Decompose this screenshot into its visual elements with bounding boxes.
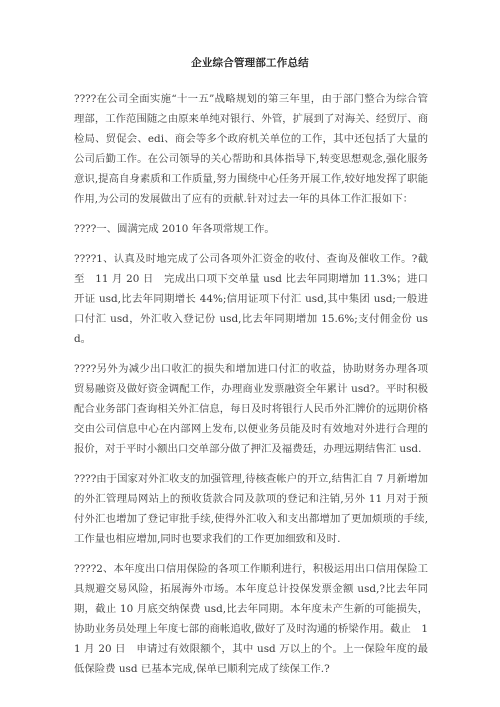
section-heading-1: ????一、圆满完成 2010 年各项常规工作。 — [74, 219, 428, 239]
document-title: 企业综合管理部工作总结 — [0, 55, 500, 70]
document-page: 企业综合管理部工作总结 ????在公司全面实施“十一五”战略规划的第三年里，由于… — [0, 0, 500, 707]
document-body: ????在公司全面实施“十一五”战略规划的第三年里，由于部门整合为综合管理部，工… — [74, 89, 428, 689]
paragraph-forex-collection: ????1、认真及时地完成了公司各项外汇资金的收付、查询及催收工作。?截至 11… — [74, 249, 428, 349]
paragraph-forex-management: ????由于国家对外汇收支的加强管理,待核查帐户的开立,结售汇自 7 月新增加的… — [74, 469, 428, 549]
paragraph-trade-financing: ????另外为减少出口收汇的损失和增加进口付汇的收益，协助财务办理各项贸易融资及… — [74, 359, 428, 459]
paragraph-credit-insurance: ????2、本年度出口信用保险的各项工作顺利进行，积极运用出口信用保险工具规避交… — [74, 559, 428, 679]
paragraph-intro: ????在公司全面实施“十一五”战略规划的第三年里，由于部门整合为综合管理部，工… — [74, 89, 428, 209]
